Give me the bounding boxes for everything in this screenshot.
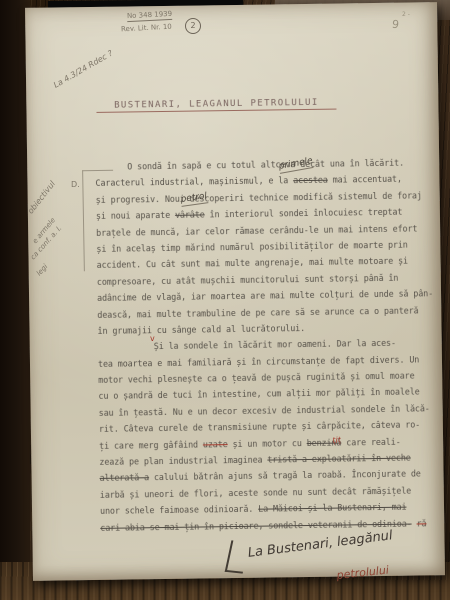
page-title: BUSTENARI, LEAGANUL PETROLULUI <box>96 98 336 113</box>
photo-of-manuscript: BUSTENARI, LEAGANUL PETROLULUI O sondă î… <box>0 0 450 600</box>
typed-body: O sondă în sapă e cu totul altceva decât… <box>95 154 442 536</box>
manuscript-page: BUSTENARI, LEAGANUL PETROLULUI O sondă î… <box>25 2 445 581</box>
